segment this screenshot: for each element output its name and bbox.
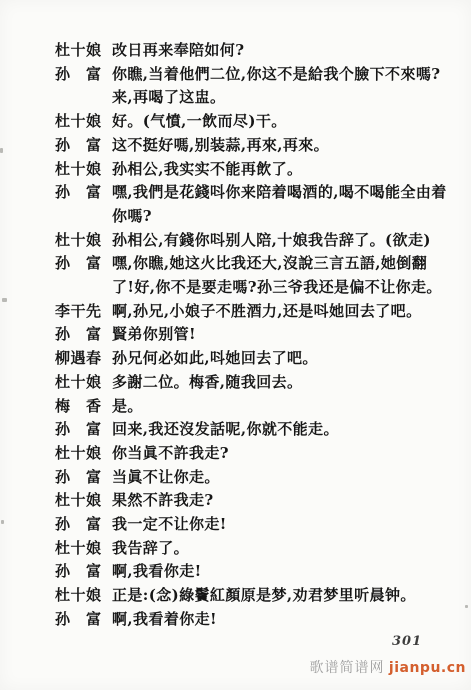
dialogue-row: 杜十娘多謝二位。梅香,随我回去。 — [55, 371, 447, 395]
speech-text: 果然不許我走? — [112, 489, 214, 513]
speech-line: 回来,我还沒发話呢,你就不能走。 — [112, 418, 339, 442]
speaker-name: 孙 富 — [55, 513, 103, 537]
speech-line: 你嗎? — [112, 205, 447, 229]
speaker-name: 孙 富 — [55, 323, 103, 347]
speaker-name: 杜十娘 — [55, 39, 103, 63]
speech-text: 孙相公,有錢你呌别人陪,十娘我告辞了。(欲走) — [112, 229, 431, 253]
speech-line: 嘿,我們是花錢呌你来陪着喝酒的,喝不喝能全由着 — [112, 181, 447, 205]
speaker-name: 孙 富 — [55, 252, 103, 276]
speaker-name: 孙 富 — [55, 63, 103, 87]
speech-line: 孙兄何必如此,呌她回去了吧。 — [112, 347, 318, 371]
speech-line: 是。 — [112, 395, 143, 419]
speech-line: 孙相公,我实实不能再飲了。 — [112, 158, 302, 182]
dialogue-row: 孙 富啊,我看着你走! — [55, 608, 447, 632]
speaker-name: 孙 富 — [55, 181, 103, 205]
speech-text: 多謝二位。梅香,随我回去。 — [112, 371, 302, 395]
scan-artifact — [2, 298, 7, 302]
speaker-name: 杜十娘 — [55, 158, 103, 182]
speech-line: 了!好,你不是要走嗎?孙三爷我还是偏不让你走。 — [112, 276, 442, 300]
speech-line: 多謝二位。梅香,随我回去。 — [112, 371, 302, 395]
speaker-name: 杜十娘 — [55, 110, 103, 134]
dialogue-row: 杜十娘孙相公,我实实不能再飲了。 — [55, 158, 447, 182]
script-page: 杜十娘改日再来奉陪如何?孙 富你瞧,当着他們二位,你这不是給我个臉下不來嗎?来,… — [0, 0, 471, 690]
dialogue-row: 杜十娘果然不許我走? — [55, 489, 447, 513]
speech-text: 啊,我看着你走! — [112, 608, 217, 632]
speech-line: 果然不許我走? — [112, 489, 214, 513]
speech-text: 孙相公,我实实不能再飲了。 — [112, 158, 302, 182]
speech-text: 我一定不让你走! — [112, 513, 227, 537]
dialogue-row: 李干先啊,孙兄,小娘子不胜酒力,还是呌她回去了吧。 — [55, 300, 447, 324]
dialogue-row: 杜十娘好。(气憤,一飲而尽)干。 — [55, 110, 447, 134]
dialogue-row: 孙 富回来,我还沒发話呢,你就不能走。 — [55, 418, 447, 442]
speech-line: 我告辞了。 — [112, 537, 189, 561]
speaker-name: 梅 香 — [55, 395, 103, 419]
page-number: 301 — [392, 634, 422, 649]
dialogue-row: 孙 富当眞不让你走。 — [55, 466, 447, 490]
speech-text: 这不挺好嗎,别装蒜,再來,再來。 — [112, 134, 329, 158]
watermark: 歌谱简谱网 jianpu.cn — [309, 657, 466, 677]
speech-text: 嘿,我們是花錢呌你来陪着喝酒的,喝不喝能全由着你嗎? — [112, 181, 447, 228]
dialogue-row: 杜十娘改日再来奉陪如何? — [55, 39, 447, 63]
scan-artifact — [1, 520, 4, 524]
speaker-name: 杜十娘 — [55, 584, 103, 608]
speech-text: 嘿,你瞧,她这火比我还大,沒說三言五語,她倒翻了!好,你不是要走嗎?孙三爷我还是… — [112, 252, 442, 299]
speaker-name: 李干先 — [55, 300, 103, 324]
speech-line: 嘿,你瞧,她这火比我还大,沒說三言五語,她倒翻 — [112, 252, 442, 276]
speech-text: 啊,我看你走! — [112, 560, 202, 584]
dialogue-row: 杜十娘孙相公,有錢你呌别人陪,十娘我告辞了。(欲走) — [55, 229, 447, 253]
dialogue-row: 柳遇春孙兄何必如此,呌她回去了吧。 — [55, 347, 447, 371]
dialogue-row: 孙 富你瞧,当着他們二位,你这不是給我个臉下不來嗎?来,再喝了这盅。 — [55, 63, 447, 110]
dialogue-row: 杜十娘我告辞了。 — [55, 537, 447, 561]
speech-text: 孙兄何必如此,呌她回去了吧。 — [112, 347, 318, 371]
dialogue-row: 孙 富嘿,你瞧,她这火比我还大,沒說三言五語,她倒翻了!好,你不是要走嗎?孙三爷… — [55, 252, 447, 299]
speaker-name: 杜十娘 — [55, 489, 103, 513]
dialogue-row: 杜十娘你当眞不許我走? — [55, 442, 447, 466]
watermark-site-url[interactable]: jianpu.cn — [389, 660, 466, 676]
speech-text: 我告辞了。 — [112, 537, 189, 561]
dialogue-row: 孙 富賢弟你别管! — [55, 323, 447, 347]
dialogue-row: 梅 香是。 — [55, 395, 447, 419]
speech-text: 賢弟你别管! — [112, 323, 196, 347]
speech-line: 啊,我看着你走! — [112, 608, 217, 632]
speaker-name: 孙 富 — [55, 418, 103, 442]
speech-text: 正是:(念)綠鬢紅顏原是梦,劝君梦里听晨钟。 — [112, 584, 416, 608]
speaker-name: 柳遇春 — [55, 347, 103, 371]
dialogue-list: 杜十娘改日再来奉陪如何?孙 富你瞧,当着他們二位,你这不是給我个臉下不來嗎?来,… — [55, 39, 447, 632]
watermark-site-name: 歌谱简谱网 — [309, 660, 384, 676]
speech-line: 正是:(念)綠鬢紅顏原是梦,劝君梦里听晨钟。 — [112, 584, 416, 608]
speech-line: 賢弟你别管! — [112, 323, 196, 347]
speech-text: 你瞧,当着他們二位,你这不是給我个臉下不來嗎?来,再喝了这盅。 — [112, 63, 440, 110]
speech-text: 好。(气憤,一飲而尽)干。 — [112, 110, 287, 134]
speaker-name: 孙 富 — [55, 134, 103, 158]
speech-line: 好。(气憤,一飲而尽)干。 — [112, 110, 287, 134]
speech-line: 孙相公,有錢你呌别人陪,十娘我告辞了。(欲走) — [112, 229, 431, 253]
speech-line: 我一定不让你走! — [112, 513, 227, 537]
speaker-name: 杜十娘 — [55, 442, 103, 466]
speaker-name: 杜十娘 — [55, 229, 103, 253]
dialogue-row: 杜十娘正是:(念)綠鬢紅顏原是梦,劝君梦里听晨钟。 — [55, 584, 447, 608]
speech-text: 当眞不让你走。 — [112, 466, 220, 490]
speech-text: 啊,孙兄,小娘子不胜酒力,还是呌她回去了吧。 — [112, 300, 421, 324]
dialogue-row: 孙 富嘿,我們是花錢呌你来陪着喝酒的,喝不喝能全由着你嗎? — [55, 181, 447, 228]
dialogue-row: 孙 富啊,我看你走! — [55, 560, 447, 584]
speaker-name: 孙 富 — [55, 466, 103, 490]
speech-text: 是。 — [112, 395, 143, 419]
speaker-name: 孙 富 — [55, 608, 103, 632]
scan-artifact — [465, 605, 468, 608]
speech-line: 当眞不让你走。 — [112, 466, 220, 490]
dialogue-row: 孙 富我一定不让你走! — [55, 513, 447, 537]
speech-line: 啊,孙兄,小娘子不胜酒力,还是呌她回去了吧。 — [112, 300, 421, 324]
speaker-name: 杜十娘 — [55, 371, 103, 395]
speech-line: 你当眞不許我走? — [112, 442, 229, 466]
speech-line: 来,再喝了这盅。 — [112, 86, 440, 110]
speech-line: 你瞧,当着他們二位,你这不是給我个臉下不來嗎? — [112, 63, 440, 87]
speech-line: 改日再来奉陪如何? — [112, 39, 244, 63]
scan-artifact — [0, 148, 3, 153]
dialogue-row: 孙 富这不挺好嗎,别装蒜,再來,再來。 — [55, 134, 447, 158]
speaker-name: 杜十娘 — [55, 537, 103, 561]
speech-text: 回来,我还沒发話呢,你就不能走。 — [112, 418, 339, 442]
speech-text: 你当眞不許我走? — [112, 442, 229, 466]
speech-line: 这不挺好嗎,别装蒜,再來,再來。 — [112, 134, 329, 158]
speech-text: 改日再来奉陪如何? — [112, 39, 244, 63]
speaker-name: 孙 富 — [55, 560, 103, 584]
speech-line: 啊,我看你走! — [112, 560, 202, 584]
